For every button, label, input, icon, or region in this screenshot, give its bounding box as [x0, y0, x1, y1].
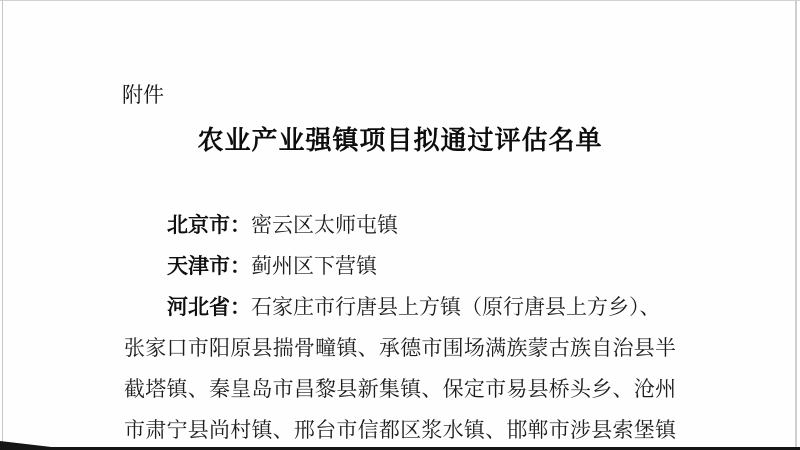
province-towns-beijing: 密云区太师屯镇 — [251, 213, 398, 237]
page-edge-top — [0, 0, 800, 1]
scan-edge-bottom-left-wedge — [0, 441, 60, 448]
province-towns-hebei-line1: 石家庄市行唐县上方镇（原行唐县上方乡）、 — [251, 295, 661, 319]
province-label-tianjin: 天津市： — [167, 255, 251, 278]
list-item-tianjin: 天津市：蓟州区下营镇 — [124, 246, 676, 287]
document-page: 附件 农业产业强镇项目拟通过评估名单 北京市：密云区太师屯镇 天津市：蓟州区下营… — [0, 0, 800, 450]
page-edge-left — [2, 0, 3, 450]
province-list: 北京市：密云区太师屯镇 天津市：蓟州区下营镇 河北省：石家庄市行唐县上方镇（原行… — [124, 205, 676, 450]
attachment-label: 附件 — [122, 84, 164, 108]
list-item-hebei-line1: 河北省：石家庄市行唐县上方镇（原行唐县上方乡）、 — [124, 287, 676, 328]
list-item-beijing: 北京市：密云区太师屯镇 — [124, 205, 676, 246]
province-label-beijing: 北京市： — [167, 214, 251, 237]
document-title: 农业产业强镇项目拟通过评估名单 — [0, 125, 800, 157]
list-item-hebei-line4: 市肃宁县尚村镇、邢台市信都区浆水镇、邯郸市涉县索堡镇 — [124, 410, 676, 450]
page-edge-right — [795, 0, 797, 450]
list-item-hebei-line2: 张家口市阳原县揣骨疃镇、承德市围场满族蒙古族自治县半 — [124, 328, 676, 369]
province-towns-tianjin: 蓟州区下营镇 — [251, 254, 377, 278]
province-label-hebei: 河北省： — [167, 296, 251, 319]
list-item-hebei-line3: 截塔镇、秦皇岛市昌黎县新集镇、保定市易县桥头乡、沧州 — [124, 369, 676, 410]
